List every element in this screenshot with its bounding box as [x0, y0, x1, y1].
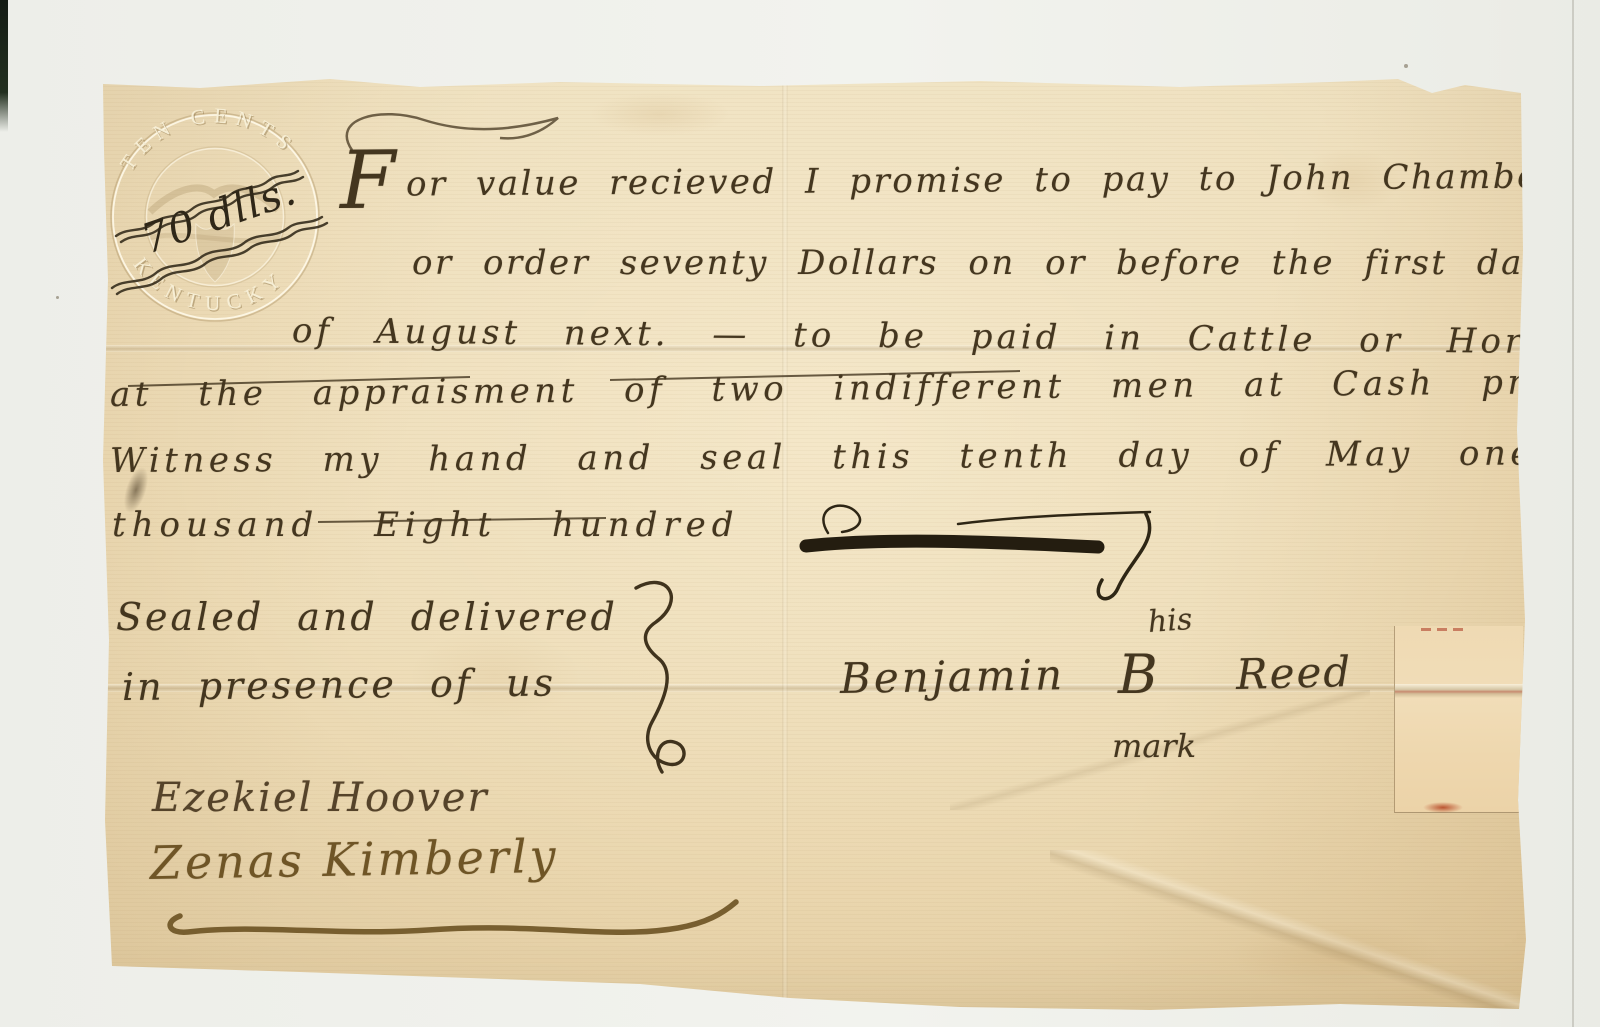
dust-speck: [56, 296, 59, 299]
eagle-wings-emboss: [150, 188, 278, 212]
witness-signature-1: Ezekiel Hoover: [152, 778, 489, 818]
body-line-5: Witness my hand and seal this tenth day …: [110, 437, 1535, 478]
dust-speck: [1404, 64, 1408, 68]
foxing-stain: [1230, 920, 1440, 990]
diagonal-crease: [1050, 850, 1530, 1015]
scanner-seam-line: [1572, 0, 1574, 1027]
red-ink-marks: [1421, 628, 1469, 631]
svg-text:KENTUCKY: KENTUCKY: [130, 254, 290, 316]
opening-initial: F: [340, 134, 399, 227]
body-line-6: thousand Eight hundred: [112, 508, 740, 542]
seal-arc-bottom-shadow: KENTUCKY: [130, 254, 290, 316]
seal-cancellation-lines: [112, 171, 327, 294]
witness-signature-2: Zenas Kimberly: [150, 833, 559, 886]
ink-strikethrough-redaction: [806, 506, 1150, 599]
aged-paper-sheet: TEN CENTS TEN CENTS KENTUCKY KENTUCKY: [0, 0, 1600, 1027]
seal-arc-bottom-text: KENTUCKY: [129, 253, 289, 315]
maker-mark-initial: B: [1118, 648, 1158, 702]
scanner-edge-strip: [0, 0, 8, 132]
paper-repair-patch: [1394, 626, 1523, 813]
body-line-1-text: or value recieved I promise to pay to Jo…: [406, 156, 1579, 204]
scanned-promissory-note: TEN CENTS TEN CENTS KENTUCKY KENTUCKY: [0, 0, 1600, 1027]
svg-text:TEN CENTS: TEN CENTS: [116, 105, 300, 176]
maker-last-name: Reed: [1235, 651, 1352, 696]
maker-his-label: his: [1147, 605, 1193, 638]
svg-text:TEN CENTS: TEN CENTS: [115, 103, 299, 174]
patch-crease-red-line: [1395, 684, 1523, 698]
foxing-stain: [590, 92, 730, 136]
signature-underline-flourish: [170, 902, 736, 932]
body-line-4: at the appraisment of two indifferent me…: [110, 365, 1592, 412]
svg-text:KENTUCKY: KENTUCKY: [129, 253, 289, 315]
body-line-3: of August next. — to be paid in Cattle o…: [292, 314, 1592, 359]
attestation-line-1: Sealed and delivered: [116, 598, 618, 636]
attestation-brace: [636, 582, 684, 772]
attestation-line-2: in presence of us: [122, 663, 556, 706]
body-line-1: For value recieved I promise to pay to J…: [340, 159, 1579, 202]
eagle-banner-emboss: [150, 235, 282, 241]
seal-cancellation-value: 70 dlls.: [136, 166, 303, 263]
seal-arc-top-text: TEN CENTS: [115, 103, 299, 174]
eagle-shield-emboss: [196, 224, 235, 282]
seal-arc-top-shadow: TEN CENTS: [116, 105, 300, 176]
vertical-fold-crease: [782, 80, 788, 1010]
maker-mark-label: mark: [1112, 730, 1196, 762]
maker-first-name: Benjamin: [840, 654, 1066, 700]
red-wax-blot: [1423, 802, 1463, 813]
body-line-2: or order seventy Dollars on or before th…: [412, 246, 1546, 280]
embossed-revenue-seal: TEN CENTS TEN CENTS KENTUCKY KENTUCKY: [111, 103, 319, 321]
